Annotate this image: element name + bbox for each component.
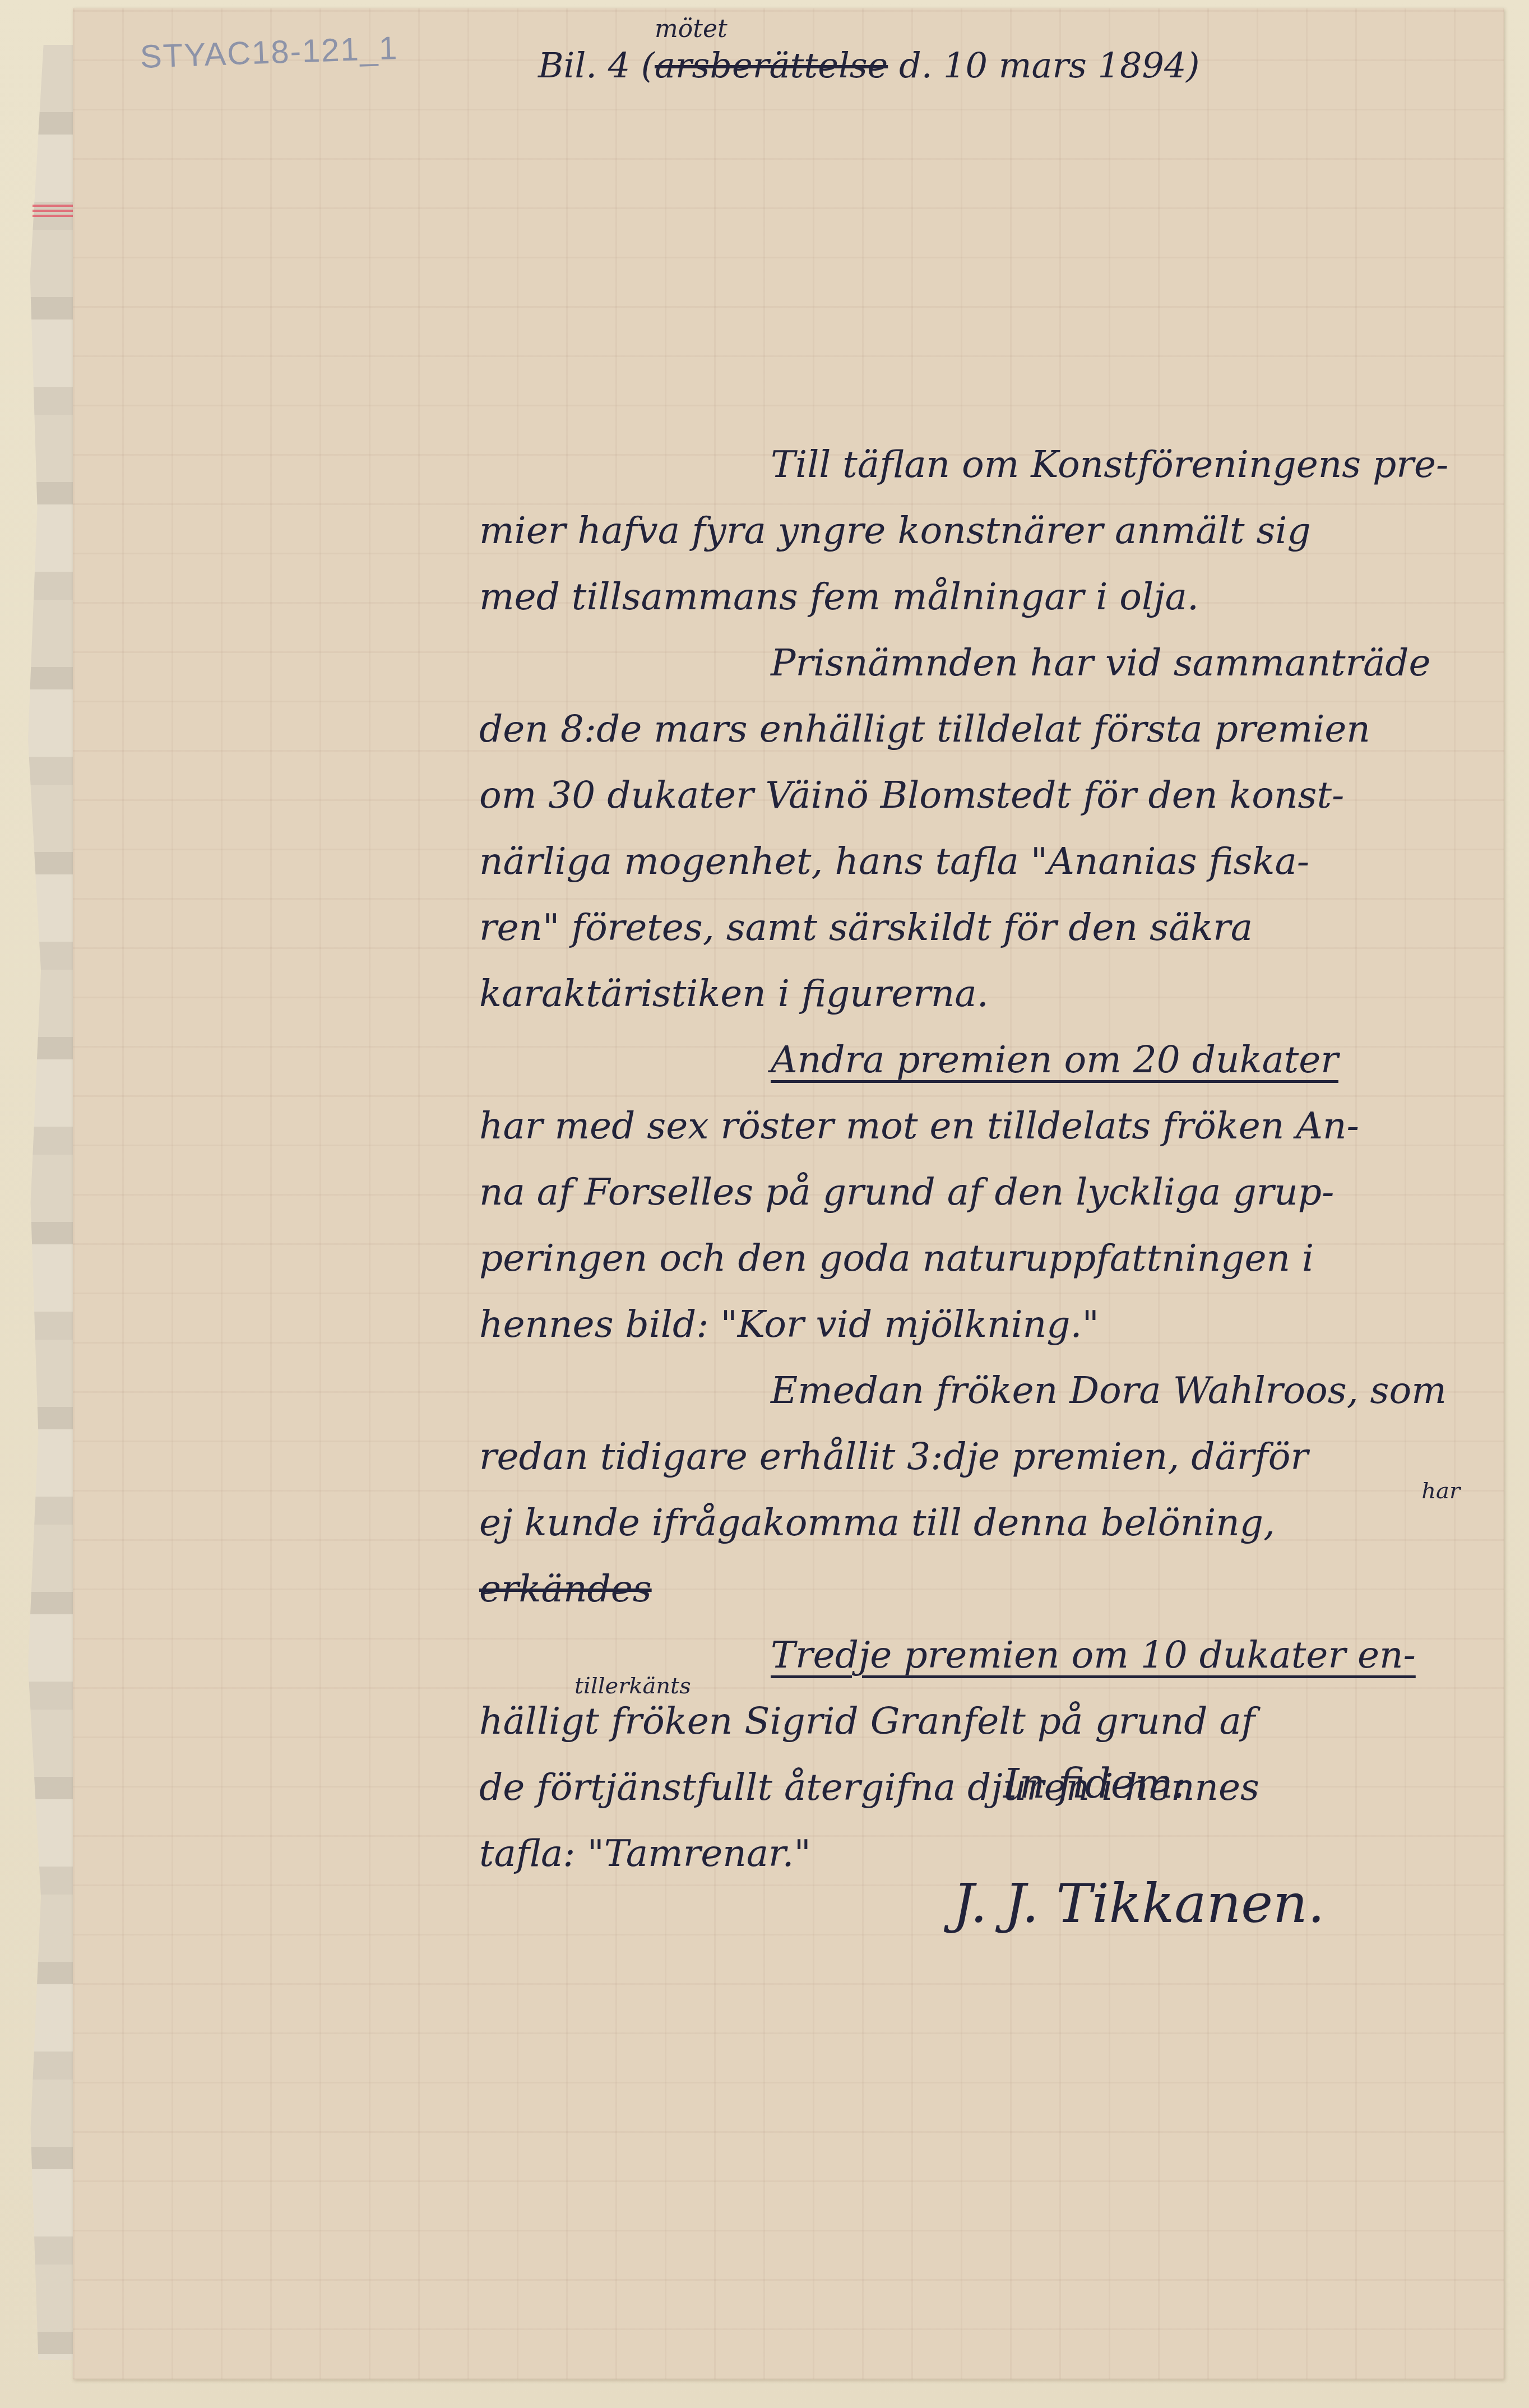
text-line: karaktäristiken i figurerna. <box>479 961 1477 1027</box>
text-line-forselles: na af Forselles på grund af den lyckliga… <box>479 1159 1477 1225</box>
text-line: redan tidigare erhållit 3:dje premien, d… <box>479 1424 1477 1490</box>
text-line: med tillsammans fem målningar i olja. <box>479 564 1477 630</box>
letter-body: Till täflan om Konstföreningens pre- mie… <box>479 432 1477 1887</box>
text-line: Prisnämnden har vid sammanträde <box>479 630 1477 696</box>
text-line: ren" företes, samt särskildt för den säk… <box>479 895 1477 961</box>
closing-phrase: In fidem: <box>1003 1760 1187 1807</box>
text-line-first-prize: den 8:de mars enhälligt tilldelat första… <box>479 696 1477 762</box>
text-line: de förtjänstfullt återgifna djuren i hen… <box>479 1754 1477 1821</box>
text-line: mier hafva fyra yngre konstnärer anmält … <box>479 498 1477 564</box>
page-header: Bil. 4 (mötetarsberättelse d. 10 mars 18… <box>538 45 1200 86</box>
text-line: har med sex röster mot en tilldelats frö… <box>479 1093 1477 1159</box>
text-line: peringen och den goda naturuppfattningen… <box>479 1225 1477 1291</box>
text-line-struck: erkändes <box>479 1556 1477 1622</box>
inserted-word-har: har <box>1421 1480 1460 1502</box>
text-line-granfelt: tillerkänts hälligt fröken Sigrid Granfe… <box>479 1688 1477 1754</box>
text-line-second-prize: Andra premien om 20 dukater <box>479 1027 1477 1093</box>
text-line: Emedan fröken Dora Wahlroos, som <box>479 1358 1477 1424</box>
text-line: närliga mogenhet, hans tafla "Ananias fi… <box>479 828 1477 895</box>
text-line: Till täflan om Konstföreningens pre- <box>479 432 1477 498</box>
text-line: hennes bild: "Kor vid mjölkning." <box>479 1291 1477 1358</box>
header-prefix: Bil. 4 ( <box>538 45 655 86</box>
red-binding-mark <box>33 205 75 219</box>
header-inserted-word: mötet <box>655 15 728 43</box>
inserted-word-tillerkants: tillerkänts <box>574 1675 691 1697</box>
header-struck-word: mötetarsberättelse <box>655 45 888 86</box>
signature: J. J. Tikkanen. <box>953 1872 1324 1935</box>
text-line-blomstedt: om 30 dukater Väinö Blomstedt för den ko… <box>479 762 1477 828</box>
header-suffix: d. 10 mars 1894) <box>888 45 1199 86</box>
text-line-with-insertion: ej kunde ifrågakomma till denna belöning… <box>479 1490 1477 1556</box>
